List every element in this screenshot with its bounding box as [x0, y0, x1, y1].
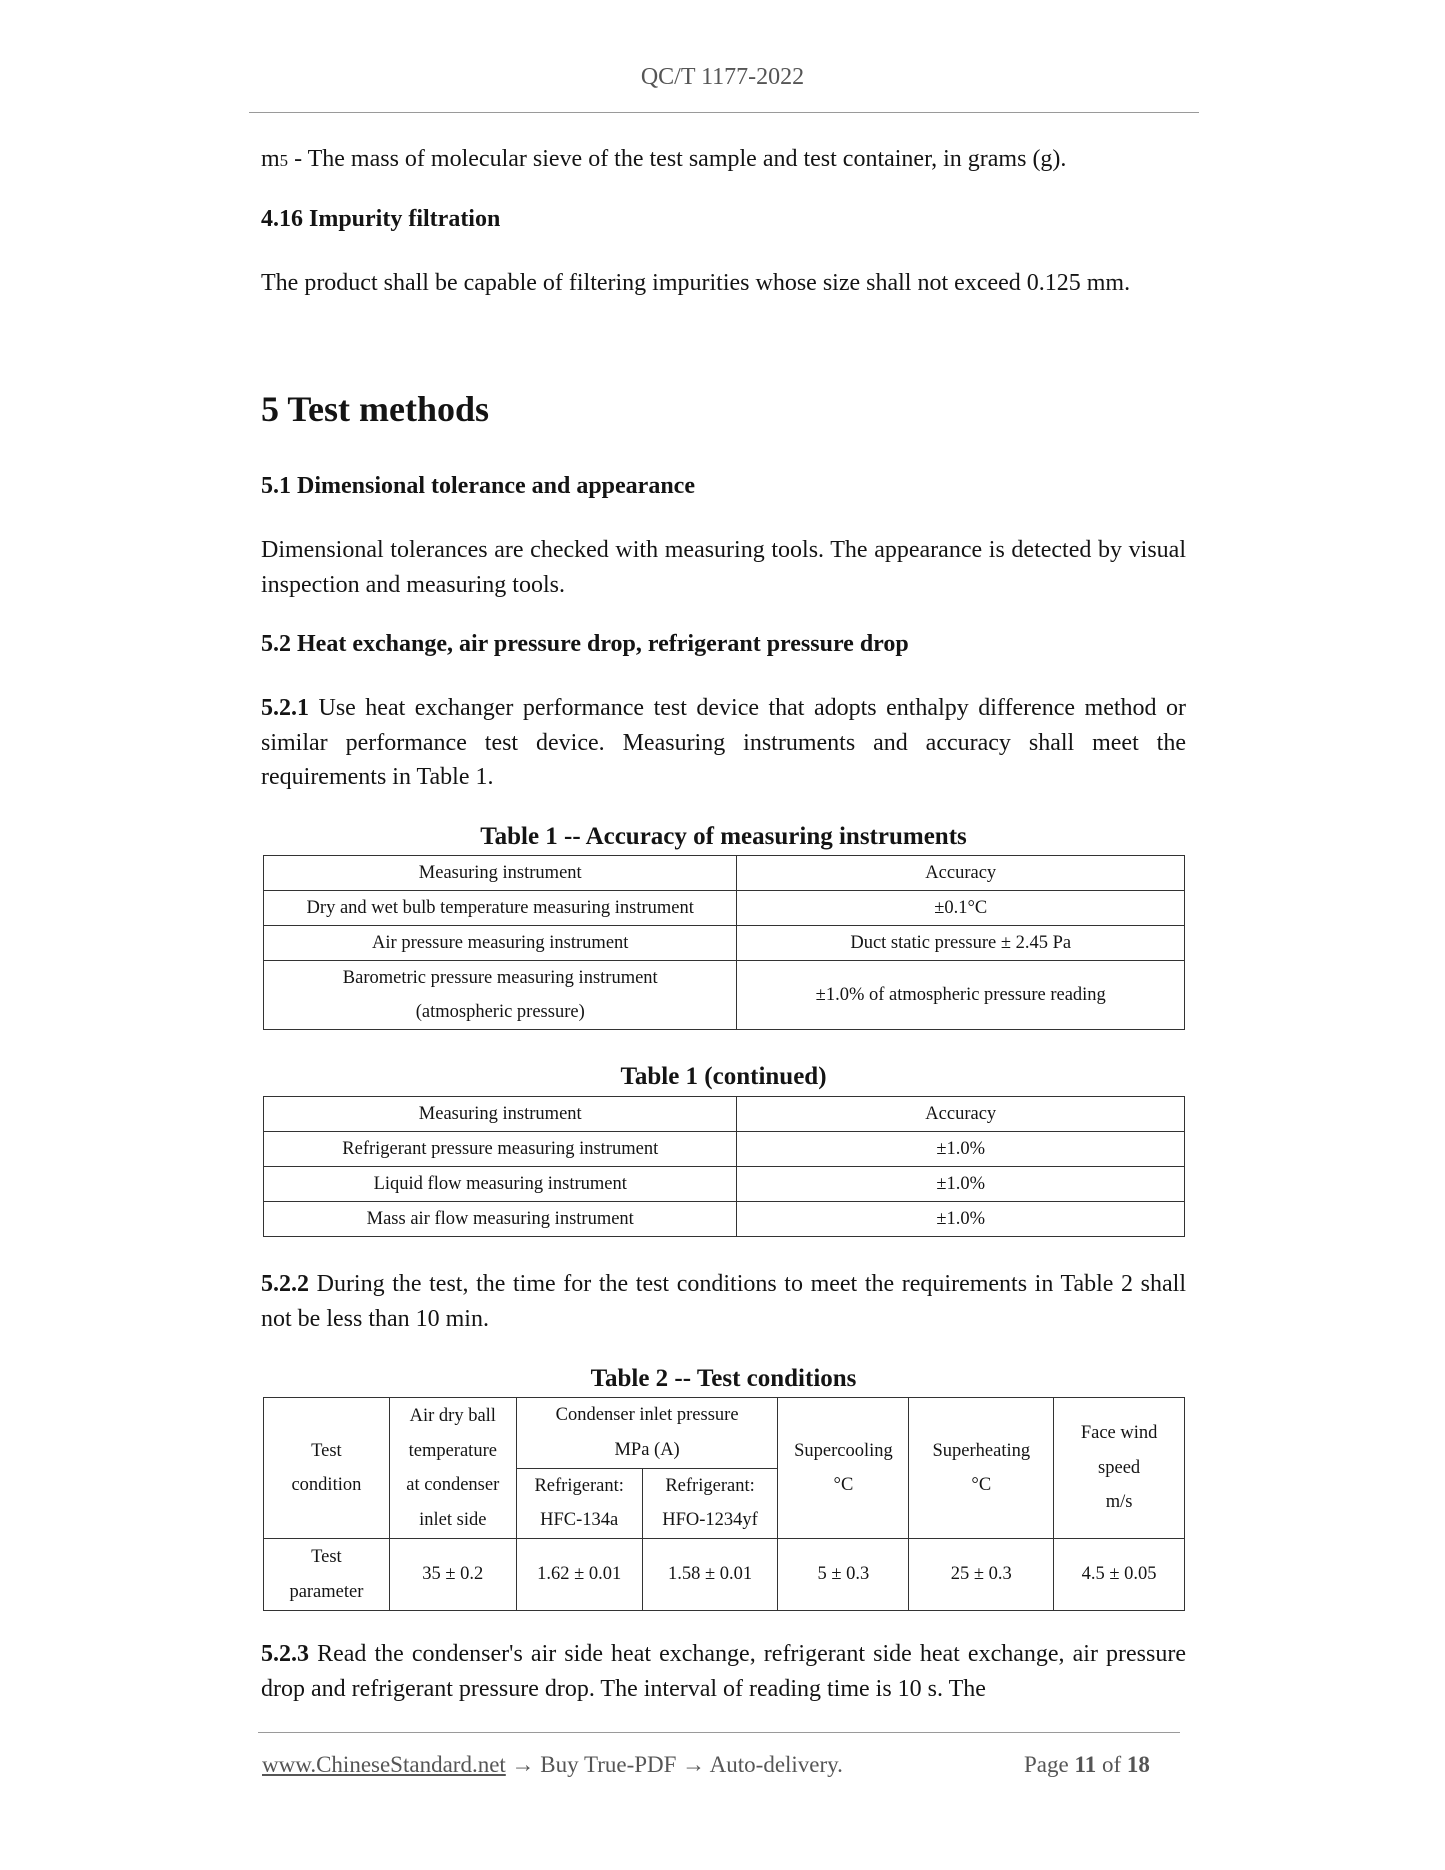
table-row: Liquid flow measuring instrument ±1.0% — [264, 1167, 1185, 1202]
instrument-cell: Refrigerant pressure measuring instrumen… — [264, 1132, 737, 1167]
footer-divider — [258, 1732, 1180, 1733]
table-header-row: Test condition Air dry ball temperature … — [264, 1398, 1185, 1469]
chinesestandard-link[interactable]: www.ChineseStandard.net — [262, 1752, 506, 1777]
footer-promo: www.ChineseStandard.net → Buy True-PDF →… — [262, 1752, 843, 1778]
value-cell: 1.58 ± 0.01 — [642, 1539, 778, 1611]
value-cell: 1.62 ± 0.01 — [516, 1539, 642, 1611]
accuracy-cell: ±1.0% of atmospheric pressure reading — [737, 961, 1185, 1030]
table-row: Air pressure measuring instrument Duct s… — [264, 926, 1185, 961]
table-row: Refrigerant pressure measuring instrumen… — [264, 1132, 1185, 1167]
clause-text: During the test, the time for the test c… — [261, 1271, 1186, 1332]
instrument-cell: Liquid flow measuring instrument — [264, 1167, 737, 1202]
accuracy-cell: ±1.0% — [737, 1202, 1185, 1237]
row-label-line: parameter — [264, 1575, 389, 1610]
instrument-line: Barometric pressure measuring instrument — [264, 961, 736, 995]
instrument-cell: Mass air flow measuring instrument — [264, 1202, 737, 1237]
header-cell: Accuracy — [737, 1097, 1185, 1132]
value-cell: 25 ± 0.3 — [909, 1539, 1054, 1611]
instrument-cell: Dry and wet bulb temperature measuring i… — [264, 891, 737, 926]
header-line: m/s — [1054, 1485, 1184, 1520]
footer-promo-text: → Buy True-PDF → Auto-delivery. — [506, 1752, 843, 1777]
paragraph-4-16: The product shall be capable of filterin… — [261, 266, 1186, 301]
clause-number: 5.2.2 — [261, 1271, 309, 1297]
header-line: temperature — [390, 1434, 516, 1469]
table1-continued: Measuring instrument Accuracy Refrigeran… — [263, 1096, 1185, 1237]
heading-5-test-methods: 5 Test methods — [261, 388, 489, 430]
page-label: Page — [1024, 1752, 1069, 1777]
instrument-cell: Barometric pressure measuring instrument… — [264, 961, 737, 1030]
heading-5-1: 5.1 Dimensional tolerance and appearance — [261, 473, 695, 500]
header-line: speed — [1054, 1451, 1184, 1486]
clause-number: 5.2.1 — [261, 695, 309, 721]
table1-caption: Table 1 -- Accuracy of measuring instrum… — [261, 823, 1186, 851]
table-row: Mass air flow measuring instrument ±1.0% — [264, 1202, 1185, 1237]
header-cell: Measuring instrument — [264, 856, 737, 891]
table2-test-conditions: Test condition Air dry ball temperature … — [263, 1397, 1185, 1611]
header-superheating: Superheating °C — [909, 1398, 1054, 1539]
accuracy-cell: ±1.0% — [737, 1167, 1185, 1202]
paragraph-5-1: Dimensional tolerances are checked with … — [261, 533, 1186, 602]
header-refrigerant-hfo1234yf: Refrigerant: HFO-1234yf — [642, 1468, 778, 1539]
table-row: Test parameter 35 ± 0.2 1.62 ± 0.01 1.58… — [264, 1539, 1185, 1611]
value-cell: 5 ± 0.3 — [778, 1539, 909, 1611]
m5-text: - The mass of molecular sieve of the tes… — [288, 146, 1066, 172]
header-line: Air dry ball — [390, 1399, 516, 1434]
header-test-condition: Test condition — [264, 1398, 390, 1539]
m5-subscript: 5 — [280, 151, 288, 170]
accuracy-cell: ±1.0% — [737, 1132, 1185, 1167]
header-line: Face wind — [1054, 1416, 1184, 1451]
header-line: Superheating — [909, 1434, 1053, 1469]
table-header-row: Measuring instrument Accuracy — [264, 856, 1185, 891]
document-code-header: QC/T 1177-2022 — [0, 64, 1445, 91]
page-total: 18 — [1127, 1752, 1150, 1777]
header-refrigerant-hfc134a: Refrigerant: HFC-134a — [516, 1468, 642, 1539]
of-label: of — [1102, 1752, 1121, 1777]
instrument-line: (atmospheric pressure) — [264, 995, 736, 1029]
header-cell: Accuracy — [737, 856, 1185, 891]
header-line: °C — [909, 1468, 1053, 1503]
paragraph-5-2-1: 5.2.1 Use heat exchanger performance tes… — [261, 691, 1186, 795]
m5-symbol: m — [261, 146, 280, 172]
header-line: Test — [264, 1434, 389, 1469]
paragraph-5-2-3: 5.2.3 Read the condenser's air side heat… — [261, 1637, 1186, 1706]
header-cell: Measuring instrument — [264, 1097, 737, 1132]
m5-definition: m5 - The mass of molecular sieve of the … — [261, 142, 1186, 179]
heading-4-16: 4.16 Impurity filtration — [261, 206, 500, 233]
header-line: Refrigerant: — [643, 1469, 778, 1504]
accuracy-cell: Duct static pressure ± 2.45 Pa — [737, 926, 1185, 961]
row-label-test-parameter: Test parameter — [264, 1539, 390, 1611]
header-line: Refrigerant: — [517, 1469, 642, 1504]
header-face-wind-speed: Face wind speed m/s — [1054, 1398, 1185, 1539]
table1-accuracy: Measuring instrument Accuracy Dry and we… — [263, 855, 1185, 1030]
header-air-dry-ball: Air dry ball temperature at condenser in… — [389, 1398, 516, 1539]
table-header-row: Measuring instrument Accuracy — [264, 1097, 1185, 1132]
table1-continued-caption: Table 1 (continued) — [261, 1063, 1186, 1091]
table-row: Barometric pressure measuring instrument… — [264, 961, 1185, 1030]
accuracy-cell: ±0.1°C — [737, 891, 1185, 926]
header-divider — [249, 112, 1199, 113]
header-line: HFO-1234yf — [643, 1503, 778, 1538]
row-label-line: Test — [264, 1540, 389, 1575]
header-line: Supercooling — [778, 1434, 908, 1469]
value-cell: 35 ± 0.2 — [389, 1539, 516, 1611]
header-supercooling: Supercooling °C — [778, 1398, 909, 1539]
header-line: HFC-134a — [517, 1503, 642, 1538]
clause-number: 5.2.3 — [261, 1641, 309, 1667]
clause-text: Read the condenser's air side heat excha… — [261, 1641, 1186, 1702]
header-line: at condenser — [390, 1468, 516, 1503]
page-number: 11 — [1074, 1752, 1096, 1777]
clause-text: Use heat exchanger performance test devi… — [261, 695, 1186, 790]
page-indicator: Page 11 of 18 — [1024, 1752, 1150, 1778]
heading-5-2: 5.2 Heat exchange, air pressure drop, re… — [261, 631, 909, 658]
table2-caption: Table 2 -- Test conditions — [261, 1365, 1186, 1393]
table-row: Dry and wet bulb temperature measuring i… — [264, 891, 1185, 926]
header-line: °C — [778, 1468, 908, 1503]
value-cell: 4.5 ± 0.05 — [1054, 1539, 1185, 1611]
instrument-cell: Air pressure measuring instrument — [264, 926, 737, 961]
header-line: MPa (A) — [517, 1433, 778, 1468]
header-line: Condenser inlet pressure — [517, 1398, 778, 1433]
paragraph-5-2-2: 5.2.2 During the test, the time for the … — [261, 1267, 1186, 1336]
header-condenser-inlet-pressure: Condenser inlet pressure MPa (A) — [516, 1398, 778, 1469]
header-line: condition — [264, 1468, 389, 1503]
header-line: inlet side — [390, 1503, 516, 1538]
